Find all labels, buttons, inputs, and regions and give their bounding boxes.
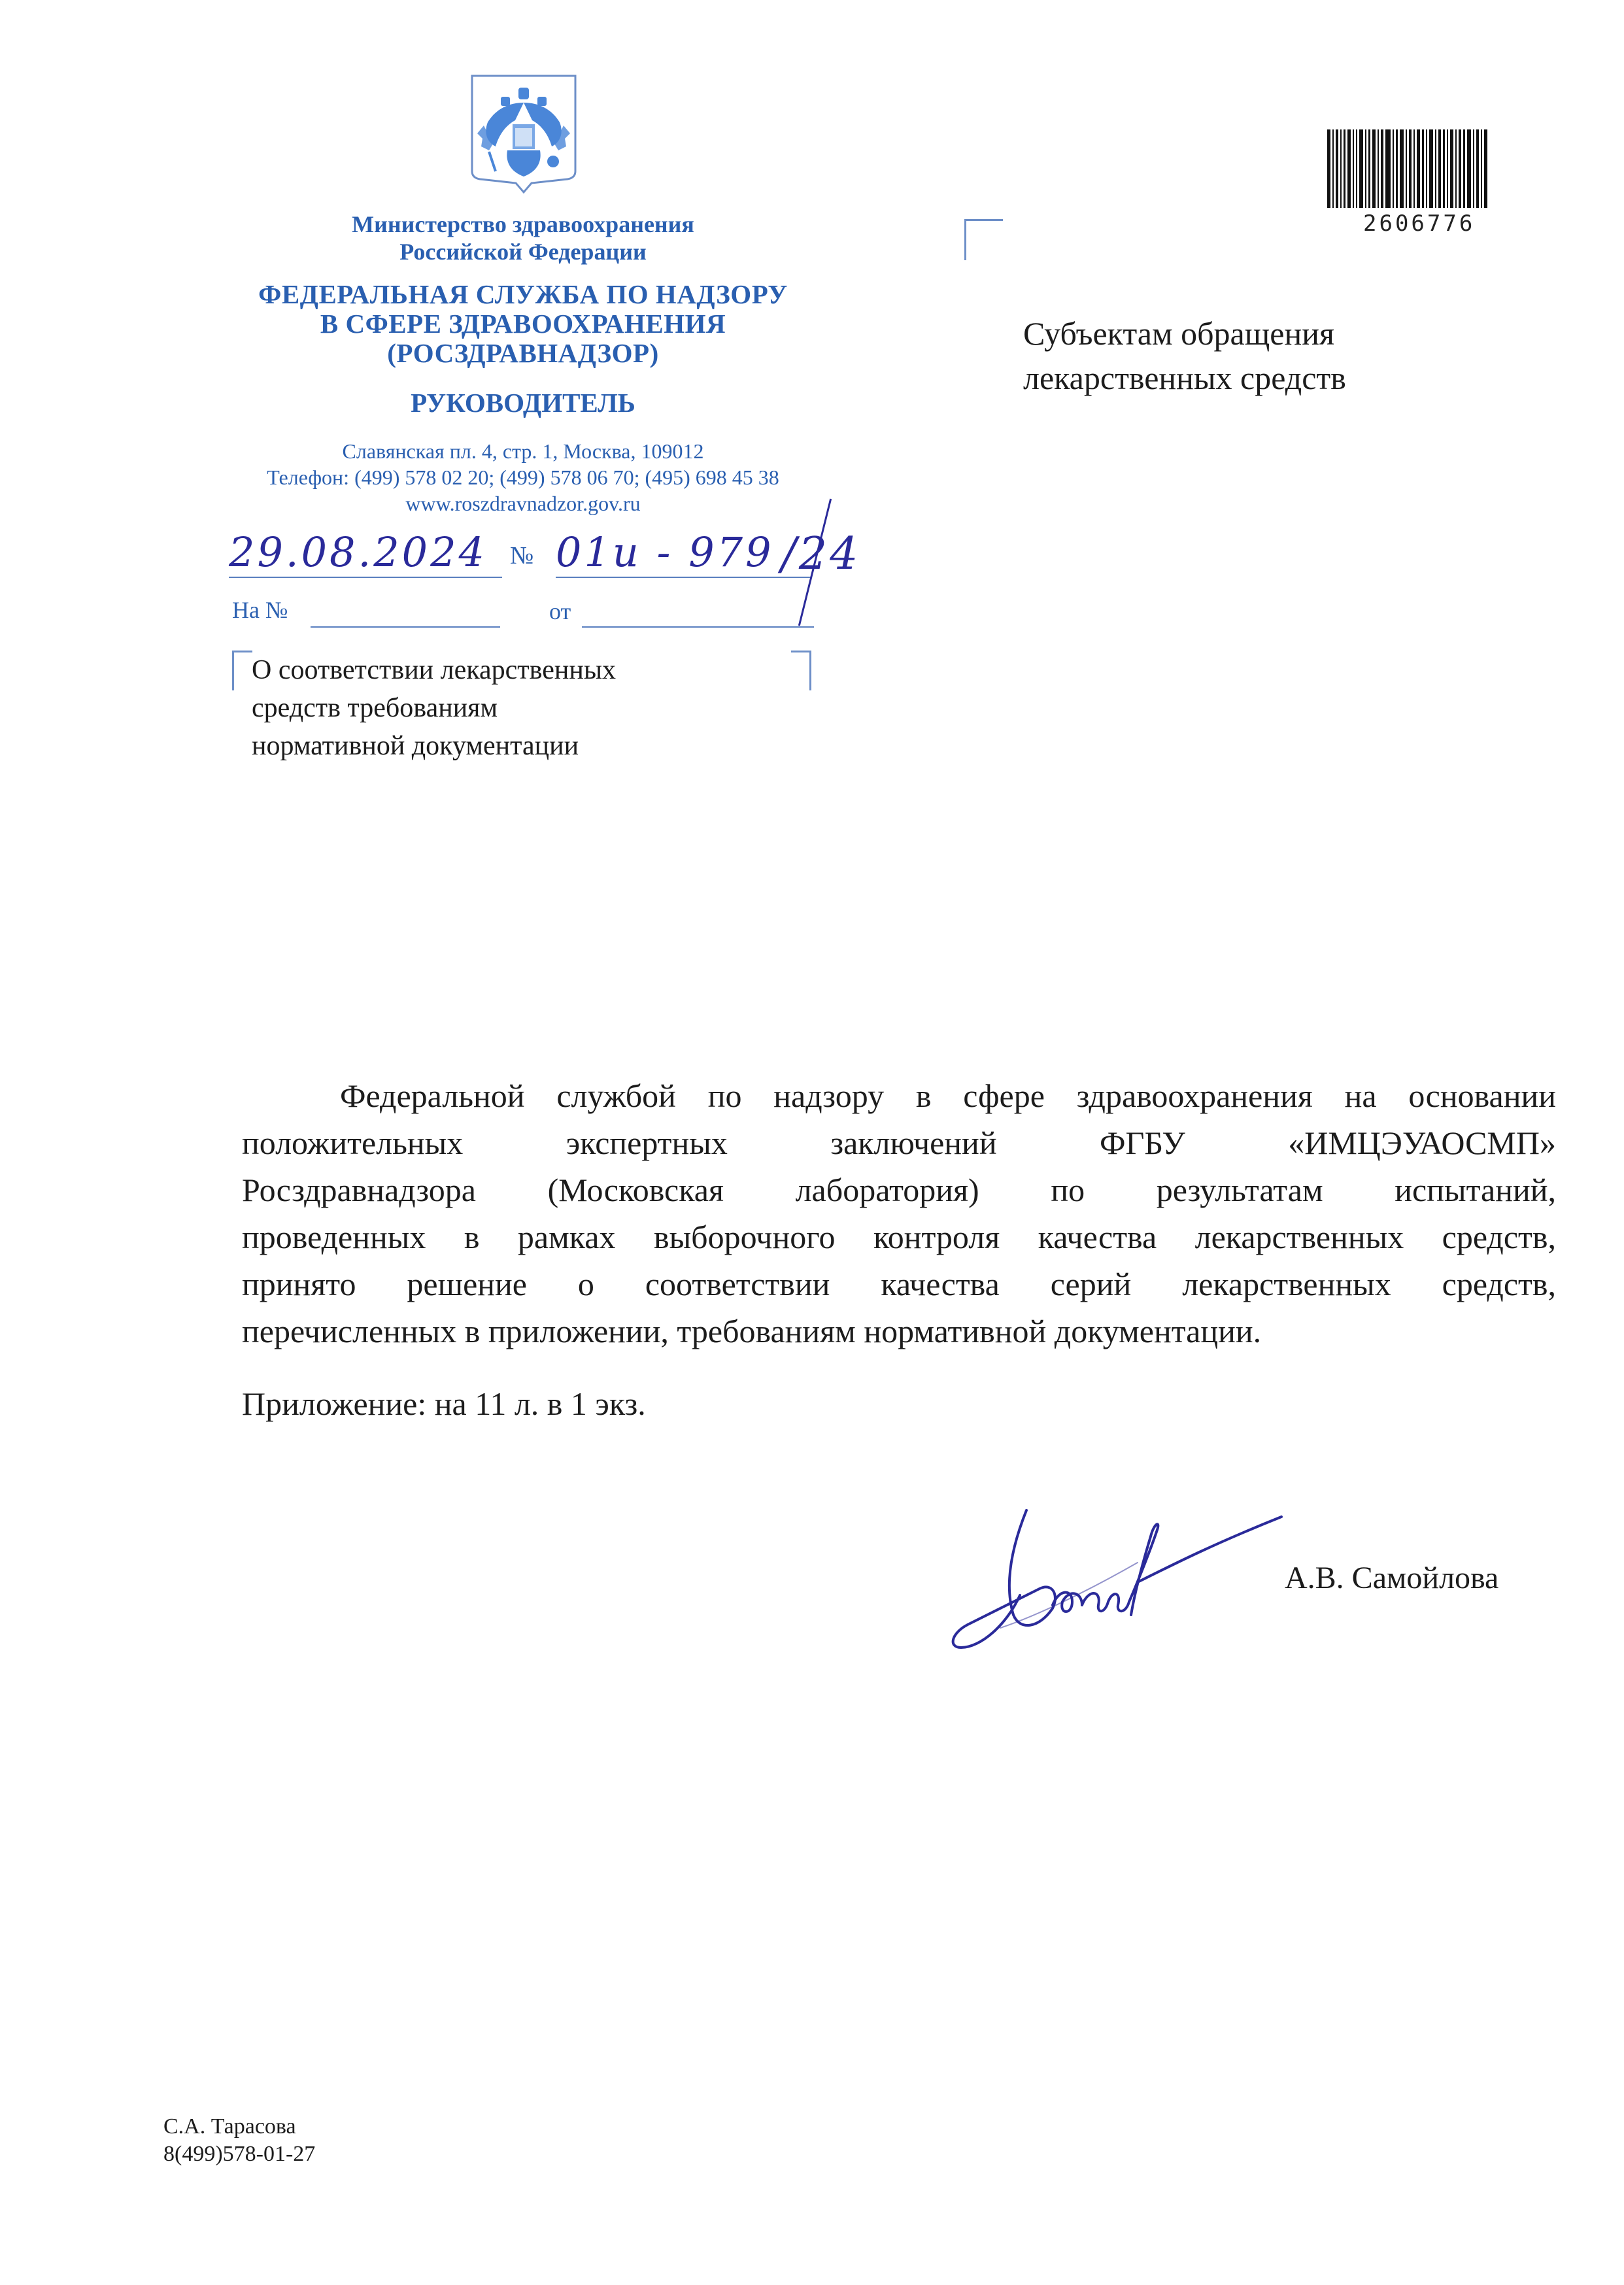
subject-line-1: О соответствии лекарственных bbox=[252, 651, 616, 689]
subject-line-3: нормативной документации bbox=[252, 727, 616, 765]
addressee-bracket bbox=[964, 219, 1003, 260]
body-line: Федеральной службой по надзору в сфере з… bbox=[242, 1072, 1556, 1119]
registration-number: 01и - 979 bbox=[556, 528, 774, 576]
service-line-3: (РОСЗДРАВНАДЗОР) bbox=[196, 339, 850, 368]
subject-block: О соответствии лекарственных средств тре… bbox=[252, 651, 616, 765]
date-underline bbox=[229, 577, 502, 578]
reply-from-label: от bbox=[549, 598, 571, 625]
barcode-icon bbox=[1327, 129, 1521, 208]
executor-name: С.А. Тарасова bbox=[163, 2113, 315, 2141]
website-link[interactable]: www.roszdravnadzor.gov.ru bbox=[196, 490, 850, 516]
body-line: Росздравнадзора (Московская лаборатория)… bbox=[242, 1166, 1556, 1213]
registration-date: 29.08.2024 bbox=[229, 528, 487, 576]
number-underline bbox=[556, 577, 811, 578]
barcode-number: 2606776 bbox=[1363, 211, 1475, 237]
service-name: ФЕДЕРАЛЬНАЯ СЛУЖБА ПО НАДЗОРУ В СФЕРЕ ЗД… bbox=[196, 280, 850, 368]
body-line: принято решение о соответствии качества … bbox=[242, 1261, 1556, 1308]
contacts-block: Славянская пл. 4, стр. 1, Москва, 109012… bbox=[196, 438, 850, 516]
coat-of-arms-icon bbox=[469, 73, 578, 194]
addressee-line-2: лекарственных средств bbox=[1023, 356, 1346, 400]
service-line-2: В СФЕРЕ ЗДРАВООХРАНЕНИЯ bbox=[196, 309, 850, 339]
body-line: положительных экспертных заключений ФГБУ… bbox=[242, 1119, 1556, 1166]
subject-bracket-right bbox=[791, 651, 811, 690]
number-sign: № bbox=[510, 541, 533, 570]
body-paragraph: Федеральной службой по надзору в сфере з… bbox=[242, 1072, 1556, 1355]
phones: Телефон: (499) 578 02 20; (499) 578 06 7… bbox=[196, 464, 850, 490]
ministry-line-1: Министерство здравоохранения bbox=[196, 211, 850, 238]
subject-line-2: средств требованиям bbox=[252, 689, 616, 727]
position-title: РУКОВОДИТЕЛЬ bbox=[196, 387, 850, 418]
body-line: проведенных в рамках выборочного контрол… bbox=[242, 1213, 1556, 1261]
executor-block: С.А. Тарасова 8(499)578-01-27 bbox=[163, 2113, 315, 2168]
reply-to-label: На № bbox=[232, 596, 288, 624]
appendix-note: Приложение: на 11 л. в 1 экз. bbox=[242, 1385, 646, 1423]
addressee-line-1: Субъектам обращения bbox=[1023, 311, 1346, 356]
addressee-block: Субъектам обращения лекарственных средст… bbox=[1023, 311, 1346, 400]
reply-to-field[interactable] bbox=[311, 626, 500, 628]
address: Славянская пл. 4, стр. 1, Москва, 109012 bbox=[196, 438, 850, 464]
body-line: перечисленных в приложении, требованиям … bbox=[242, 1308, 1556, 1355]
ministry-name: Министерство здравоохранения Российской … bbox=[196, 211, 850, 265]
signer-name: А.В. Самойлова bbox=[1285, 1560, 1498, 1596]
service-line-1: ФЕДЕРАЛЬНАЯ СЛУЖБА ПО НАДЗОРУ bbox=[196, 280, 850, 309]
reply-from-field[interactable] bbox=[582, 626, 814, 628]
subject-bracket-left bbox=[232, 651, 252, 690]
ministry-line-2: Российской Федерации bbox=[196, 238, 850, 265]
executor-phone: 8(499)578-01-27 bbox=[163, 2141, 315, 2168]
